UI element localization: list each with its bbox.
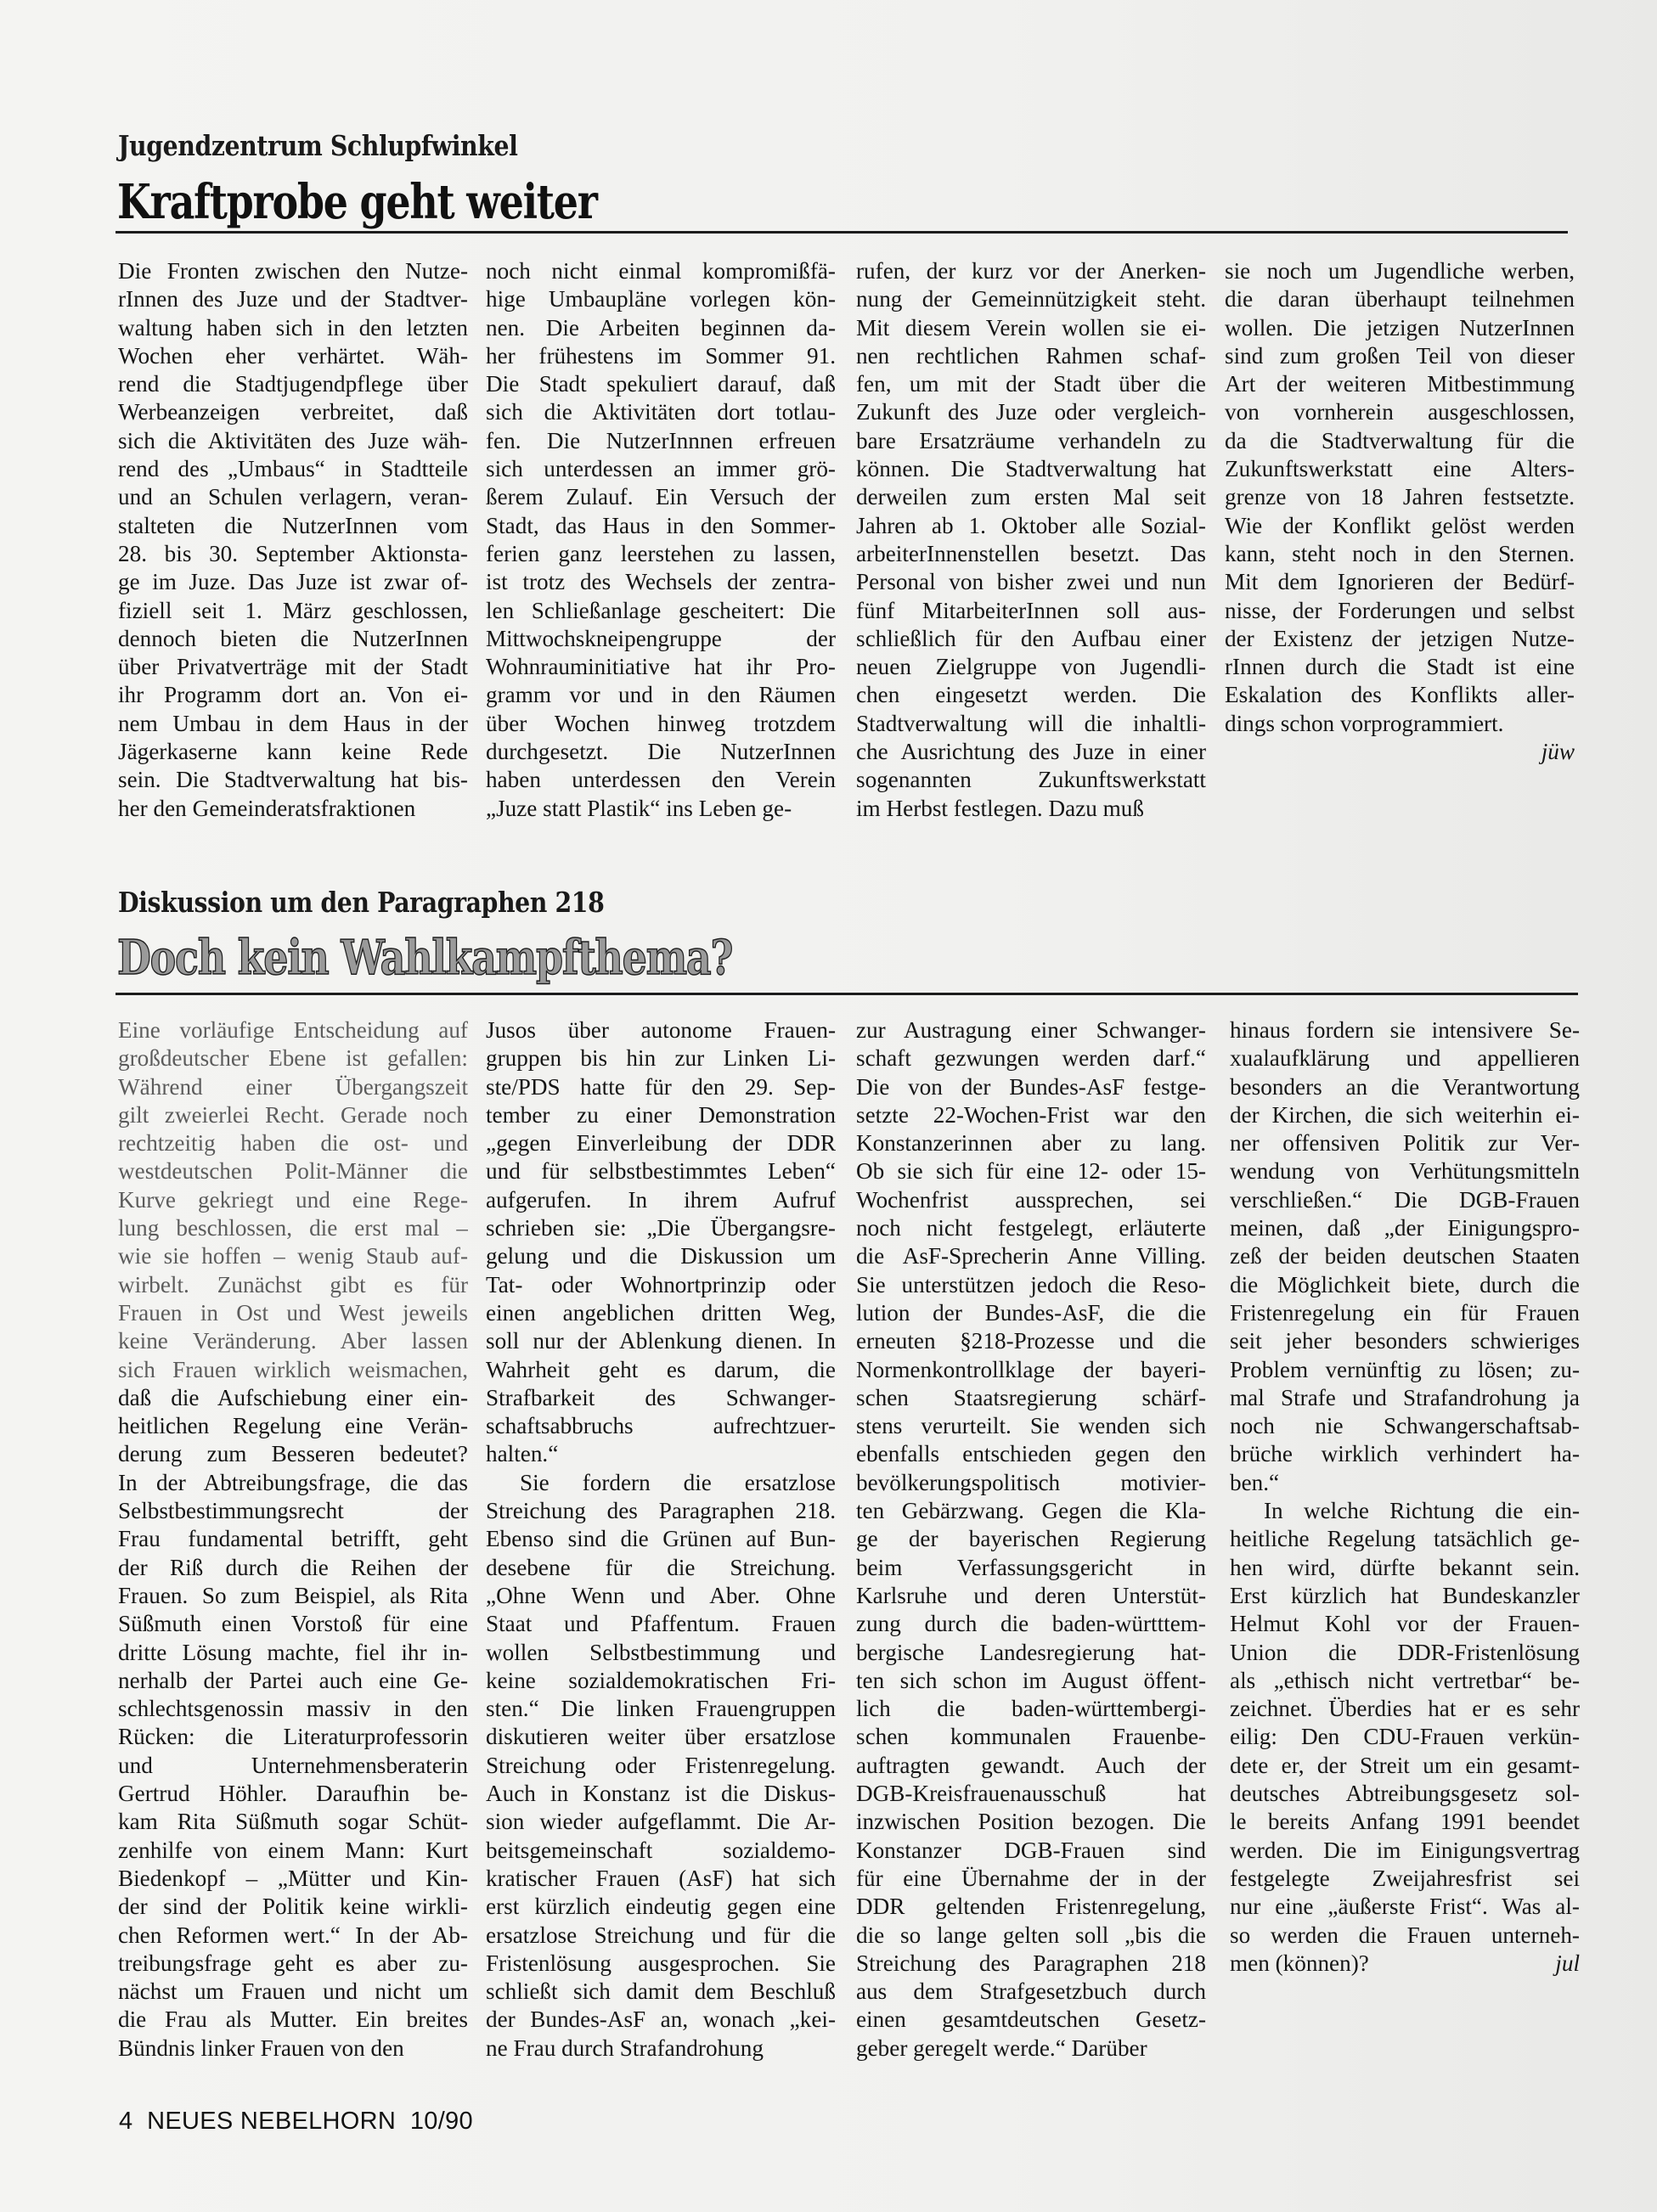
text-line: schen kommunalen Frauenbe- — [856, 1723, 1206, 1751]
text-line: Stadtverwaltung will die inhaltli- — [856, 710, 1206, 738]
text-line: wie sie hoffen – wenig Staub auf- — [118, 1242, 468, 1270]
text-line: wendung von Verhütungsmitteln — [1230, 1157, 1580, 1185]
text-line: ten Gebärzwang. Gegen die Kla- — [856, 1497, 1206, 1525]
text-line: stens verurteilt. Sie wenden sich — [856, 1412, 1206, 1440]
text-line-end: men (können)? — [1230, 1950, 1369, 1978]
text-line: für eine Übernahme der in der — [856, 1865, 1206, 1893]
page-number: 4 — [119, 2108, 132, 2135]
text-line: der Existenz der jetzigen Nutze- — [1225, 625, 1575, 653]
text-line: waltung haben sich in den letzten — [118, 314, 468, 342]
text-line: Ebenso sind die Grünen auf Bun- — [486, 1525, 836, 1553]
text-line: Wohnrauminitiative hat ihr Pro- — [486, 653, 836, 681]
text-line: stalteten die NutzerInnen vom — [118, 512, 468, 540]
text-line: werden. Die im Einigungsvertrag — [1230, 1837, 1580, 1865]
text-line: besonders an die Verantwortung — [1230, 1073, 1580, 1101]
text-line: Sie fordern die ersatzlose — [486, 1469, 836, 1497]
page-footer: 4 NEUES NEBELHORN 10/90 — [119, 2108, 473, 2136]
text-line: westdeutschen Polit-Männer die — [118, 1157, 468, 1185]
text-line: Streichung oder Fristenregelung. — [486, 1752, 836, 1780]
text-line: nerhalb der Partei auch eine Ge- — [118, 1667, 468, 1695]
text-line: schen Staatsregierung schärf- — [856, 1384, 1206, 1412]
text-line: durchgesetzt. Die NutzerInnen — [486, 738, 836, 766]
article1-column-1: Die Fronten zwischen den Nutze-rInnen de… — [118, 257, 468, 823]
text-line: erneuten §218-Prozesse und die — [856, 1327, 1206, 1355]
text-line: chen eingesetzt werden. Die — [856, 681, 1206, 709]
text-line: „Juze statt Plastik“ ins Leben ge- — [486, 795, 836, 823]
text-line: lution der Bundes-AsF, die die — [856, 1299, 1206, 1327]
text-line: zur Austragung einer Schwanger- — [856, 1016, 1206, 1044]
text-line: Normenkontrollklage der bayeri- — [856, 1356, 1206, 1384]
text-line: Frau fundamental betrifft, geht — [118, 1525, 468, 1553]
text-line: Streichung des Paragraphen 218. — [486, 1497, 836, 1525]
text-line: sich Frauen wirklich weismachen, — [118, 1356, 468, 1384]
text-line: Während einer Übergangszeit — [118, 1073, 468, 1101]
text-line: von vornherein ausgeschlossen, — [1225, 398, 1575, 426]
text-line: Art der weiteren Mitbestimmung — [1225, 370, 1575, 398]
text-line: gelung und die Diskussion um — [486, 1242, 836, 1270]
text-line: „Ohne Wenn und Aber. Ohne — [486, 1582, 836, 1610]
text-line: Fristenlösung ausgesprochen. Sie — [486, 1950, 836, 1978]
text-line: Fristenregelung ein für Frauen — [1230, 1299, 1580, 1327]
text-line: 28. bis 30. September Aktionsta- — [118, 540, 468, 568]
text-line: die daran überhaupt teilnehmen — [1225, 285, 1575, 313]
text-line: gruppen bis hin zur Linken Li- — [486, 1044, 836, 1072]
text-line: Die von der Bundes-AsF festge- — [856, 1073, 1206, 1101]
text-line: geber geregelt werde.“ Darüber — [856, 2035, 1206, 2063]
text-line: mal Strafe und Strafandrohung ja — [1230, 1384, 1580, 1412]
text-line: kam Rita Süßmuth sogar Schüt- — [118, 1808, 468, 1836]
text-line: Konstanzer DGB-Frauen sind — [856, 1837, 1206, 1865]
text-line: nung der Gemeinnützigkeit steht. — [856, 285, 1206, 313]
text-line: zung durch die baden-württtem- — [856, 1610, 1206, 1638]
text-line: über Privatverträge mit der Stadt — [118, 653, 468, 681]
text-line: „gegen Einverleibung der DDR — [486, 1129, 836, 1157]
text-line: rechtzeitig haben die ost- und — [118, 1129, 468, 1157]
text-line: können. Die Stadtverwaltung hat — [856, 455, 1206, 483]
text-line: chen Reformen wert.“ In der Ab- — [118, 1922, 468, 1950]
text-line: da die Stadtverwaltung für die — [1225, 427, 1575, 455]
text-line: Selbstbestimmungsrecht der — [118, 1497, 468, 1525]
text-line: her frühestens im Sommer 91. — [486, 342, 836, 370]
text-line: im Herbst festlegen. Dazu muß — [856, 795, 1206, 823]
article1-kicker: Jugendzentrum Schlupfwinkel — [118, 129, 517, 162]
text-line: fen. Die NutzerInnnen erfreuen — [486, 427, 836, 455]
text-line: Bündnis linker Frauen von den — [118, 2035, 468, 2063]
text-line: wollen. Die jetzigen NutzerInnen — [1225, 314, 1575, 342]
text-line: meinen, daß „der Einigungspro- — [1230, 1214, 1580, 1242]
text-line: schaft gezwungen werden darf.“ — [856, 1044, 1206, 1072]
text-line: men (können)?jul — [1230, 1950, 1580, 1978]
article1-signature: jüw — [1225, 738, 1575, 766]
text-line: setzte 22-Wochen-Frist war den — [856, 1101, 1206, 1129]
text-line: ebenfalls entschieden gegen den — [856, 1440, 1206, 1468]
text-line: Problem vernünftig zu lösen; zu- — [1230, 1356, 1580, 1384]
text-line: die Möglichkeit biete, durch die — [1230, 1271, 1580, 1299]
text-line: auftragten gewandt. Auch der — [856, 1752, 1206, 1780]
text-line: Staat und Pfaffentum. Frauen — [486, 1610, 836, 1638]
text-line: zeß der beiden deutschen Staaten — [1230, 1242, 1580, 1270]
text-line: ist trotz des Wechsels der zentra- — [486, 568, 836, 596]
text-line: schaftsabbruchs aufrechtzuer- — [486, 1412, 836, 1440]
text-line: nem Umbau in dem Haus in der — [118, 710, 468, 738]
text-line: rInnen durch die Stadt ist eine — [1225, 653, 1575, 681]
text-line: fünf MitarbeiterInnen soll aus- — [856, 597, 1206, 625]
article1-column-4: sie noch um Jugendliche werben,die daran… — [1225, 257, 1575, 738]
text-line: die AsF-Sprecherin Anne Villing. — [856, 1242, 1206, 1270]
text-line: verschließen.“ Die DGB-Frauen — [1230, 1186, 1580, 1214]
text-line: einen angeblichen dritten Weg, — [486, 1299, 836, 1327]
article1-column-3: rufen, der kurz vor der Anerken-nung der… — [856, 257, 1206, 823]
text-line: so werden die Frauen unterneh- — [1230, 1922, 1580, 1950]
text-line: DGB-Kreisfrauenausschuß hat — [856, 1780, 1206, 1808]
text-line: festgelegte Zweijahresfrist sei — [1230, 1865, 1580, 1893]
text-line: halten.“ — [486, 1440, 836, 1468]
text-line: beitsgemeinschaft sozialdemo- — [486, 1837, 836, 1865]
text-line: inzwischen Position bezogen. Die — [856, 1808, 1206, 1836]
text-line: noch nicht einmal kompromißfä- — [486, 257, 836, 285]
text-line: eilig: Den CDU-Frauen verkün- — [1230, 1723, 1580, 1751]
text-line: Frauen. So zum Beispiel, als Rita — [118, 1582, 468, 1610]
article2-column-2: Jusos über autonome Frauen-gruppen bis h… — [486, 1016, 836, 2063]
text-line: der sind der Politik keine wirkli- — [118, 1893, 468, 1921]
publication-name: NEUES NEBELHORN — [147, 2108, 396, 2135]
text-line: noch nie Schwangerschaftsab- — [1230, 1412, 1580, 1440]
text-line: rufen, der kurz vor der Anerken- — [856, 257, 1206, 285]
text-line: Werbeanzeigen verbreitet, daß — [118, 398, 468, 426]
text-line: großdeutscher Ebene ist gefallen: — [118, 1044, 468, 1072]
article2-kicker: Diskussion um den Paragraphen 218 — [118, 886, 604, 919]
text-line: derung zum Besseren bedeutet? — [118, 1440, 468, 1468]
text-line: Die Fronten zwischen den Nutze- — [118, 257, 468, 285]
text-line: die so lange gelten soll „bis die — [856, 1922, 1206, 1950]
text-line: ge im Juze. Das Juze ist zwar of- — [118, 568, 468, 596]
text-line: sten.“ Die linken Frauengruppen — [486, 1695, 836, 1723]
text-line: Sie unterstützen jedoch die Reso- — [856, 1271, 1206, 1299]
text-line: schlechtsgenossin massiv in den — [118, 1695, 468, 1723]
text-line: diskutieren weiter über ersatzlose — [486, 1723, 836, 1751]
text-line: sion wieder aufgeflammt. Die Ar- — [486, 1808, 836, 1836]
text-line: der Bundes-AsF an, wonach „kei- — [486, 2006, 836, 2034]
text-line: nen rechtlichen Rahmen schaf- — [856, 342, 1206, 370]
text-line: Tat- oder Wohnortprinzip oder — [486, 1271, 836, 1299]
article2-column-3: zur Austragung einer Schwanger-schaft ge… — [856, 1016, 1206, 2063]
text-line: heitlichen Regelung eine Verän- — [118, 1412, 468, 1440]
text-line: Zukunftswerkstatt eine Alters- — [1225, 455, 1575, 483]
text-line: bevölkerungspolitisch motivier- — [856, 1469, 1206, 1497]
text-line: kann, steht noch in den Sternen. — [1225, 540, 1575, 568]
text-line: tember zu einer Demonstration — [486, 1101, 836, 1129]
text-line: fiziell seit 1. März geschlossen, — [118, 597, 468, 625]
text-line: che Ausrichtung des Juze in einer — [856, 738, 1206, 766]
text-line: hige Umbaupläne vorlegen kön- — [486, 285, 836, 313]
article1-headline: Kraftprobe geht weiter — [117, 174, 597, 230]
text-line: In der Abtreibungsfrage, die das — [118, 1469, 468, 1497]
text-line: sogenannten Zukunftswerkstatt — [856, 766, 1206, 794]
text-line: wollen Selbstbestimmung und — [486, 1639, 836, 1667]
text-line: Kurve gekriegt und eine Rege- — [118, 1186, 468, 1214]
text-line: heitliche Regelung tatsächlich ge- — [1230, 1525, 1580, 1553]
text-line: hen wird, dürfte bekannt sein. — [1230, 1554, 1580, 1582]
text-line: derweilen zum ersten Mal seit — [856, 483, 1206, 511]
text-line: Rücken: die Literaturprofessorin — [118, 1723, 468, 1751]
text-line: ner offensiven Politik zur Ver- — [1230, 1129, 1580, 1157]
text-line: rend des „Umbaus“ in Stadtteile — [118, 455, 468, 483]
text-line: rend die Stadtjugendpflege über — [118, 370, 468, 398]
text-line: Ob sie sich für eine 12- oder 15- — [856, 1157, 1206, 1185]
text-line: Karlsruhe und deren Unterstüt- — [856, 1582, 1206, 1610]
text-line: sie noch um Jugendliche werben, — [1225, 257, 1575, 285]
text-line: die Frau als Mutter. Ein breites — [118, 2006, 468, 2034]
text-line: kratischer Frauen (AsF) hat sich — [486, 1865, 836, 1893]
text-line: zenhilfe von einem Mann: Kurt — [118, 1837, 468, 1865]
text-line: Konstanzerinnen aber zu lang. — [856, 1129, 1206, 1157]
text-line: lich die baden-württembergi- — [856, 1695, 1206, 1723]
text-line: Jahren ab 1. Oktober alle Sozial- — [856, 512, 1206, 540]
text-line: lung beschlossen, die erst mal – — [118, 1214, 468, 1242]
text-line: gramm vor und in den Räumen — [486, 681, 836, 709]
text-line: ben.“ — [1230, 1469, 1580, 1497]
text-line: Stadt, das Haus in den Sommer- — [486, 512, 836, 540]
text-line: bare Ersatzräume verhandeln zu — [856, 427, 1206, 455]
text-line: seit jeher besonders schwieriges — [1230, 1327, 1580, 1355]
text-line: gilt zweierlei Recht. Gerade noch — [118, 1101, 468, 1129]
text-line: ßerem Zulauf. Ein Versuch der — [486, 483, 836, 511]
text-line: aus dem Strafgesetzbuch durch — [856, 1978, 1206, 2006]
text-line: treibungsfrage geht es aber zu- — [118, 1950, 468, 1978]
text-line: nur eine „äußerste Frist“. Was al- — [1230, 1893, 1580, 1921]
text-line: xualaufklärung und appellieren — [1230, 1044, 1580, 1072]
text-line: Die Stadt spekuliert darauf, daß — [486, 370, 836, 398]
text-line: dings schon vorprogrammiert. — [1225, 710, 1575, 738]
text-line: Erst kürzlich hat Bundeskanzler — [1230, 1582, 1580, 1610]
article2-signature: jul — [1555, 1950, 1580, 1978]
text-line: Union die DDR-Fristenlösung — [1230, 1639, 1580, 1667]
text-line: und an Schulen verlagern, veran- — [118, 483, 468, 511]
article2-column-4: hinaus fordern sie intensivere Se-xualau… — [1230, 1016, 1580, 1978]
text-line: rInnen des Juze und der Stadtver- — [118, 285, 468, 313]
text-line: keine Veränderung. Aber lassen — [118, 1327, 468, 1355]
text-line: len Schließanlage gescheitert: Die — [486, 597, 836, 625]
text-line: brüche wirklich verhindert ha- — [1230, 1440, 1580, 1468]
text-line: der Kirchen, die sich weiterhin ei- — [1230, 1101, 1580, 1129]
text-line: keine sozialdemokratischen Fri- — [486, 1667, 836, 1695]
text-line: arbeiterInnenstellen besetzt. Das — [856, 540, 1206, 568]
text-line: ferien ganz leerstehen zu lassen, — [486, 540, 836, 568]
text-line: her den Gemeinderatsfraktionen — [118, 795, 468, 823]
text-line: wirbelt. Zunächst gibt es für — [118, 1271, 468, 1299]
text-line: In welche Richtung die ein- — [1230, 1497, 1580, 1525]
text-line: beim Verfassungsgericht in — [856, 1554, 1206, 1582]
text-line: sind zum großen Teil von dieser — [1225, 342, 1575, 370]
text-line: schließt sich damit dem Beschluß — [486, 1978, 836, 2006]
text-line: desebene für die Streichung. — [486, 1554, 836, 1582]
text-line: ne Frau durch Strafandrohung — [486, 2035, 836, 2063]
text-line: Jusos über autonome Frauen- — [486, 1016, 836, 1044]
article1-rule — [116, 231, 1568, 234]
text-line: Mit diesem Verein wollen sie ei- — [856, 314, 1206, 342]
text-line: haben unterdessen den Verein — [486, 766, 836, 794]
text-line: ste/PDS hatte für den 29. Sep- — [486, 1073, 836, 1101]
text-line: Wie der Konflikt gelöst werden — [1225, 512, 1575, 540]
text-line: Biedenkopf – „Mütter und Kin- — [118, 1865, 468, 1893]
text-line: nen. Die Arbeiten beginnen da- — [486, 314, 836, 342]
text-line: grenze von 18 Jahren festsetzte. — [1225, 483, 1575, 511]
text-line: aufgerufen. In ihrem Aufruf — [486, 1186, 836, 1214]
text-line: sich die Aktivitäten dort totlau- — [486, 398, 836, 426]
text-line: daß die Aufschiebung einer ein- — [118, 1384, 468, 1412]
article2-rule — [116, 993, 1578, 995]
text-line: und für selbstbestimmtes Leben“ — [486, 1157, 836, 1185]
text-line: soll nur der Ablenkung dienen. In — [486, 1327, 836, 1355]
text-line: dritte Lösung machte, fiel ihr in- — [118, 1639, 468, 1667]
text-line: schrieben sie: „Die Übergangsre- — [486, 1214, 836, 1242]
text-line: Eskalation des Konflikts aller- — [1225, 681, 1575, 709]
text-line: Gertrud Höhler. Daraufhin be- — [118, 1780, 468, 1808]
text-line: erst kürzlich eindeutig gegen eine — [486, 1893, 836, 1921]
text-line: über Wochen hinweg trotzdem — [486, 710, 836, 738]
article1-column-2: noch nicht einmal kompromißfä-hige Umbau… — [486, 257, 836, 823]
text-line: Jägerkaserne kann keine Rede — [118, 738, 468, 766]
text-line: und Unternehmensberaterin — [118, 1752, 468, 1780]
text-line: sich unterdessen an immer grö- — [486, 455, 836, 483]
text-line: hinaus fordern sie intensivere Se- — [1230, 1016, 1580, 1044]
article2-headline: Doch kein Wahlkampfthema? — [117, 930, 732, 986]
text-line: ten sich schon im August öffent- — [856, 1667, 1206, 1695]
text-line: dennoch bieten die NutzerInnen — [118, 625, 468, 653]
text-line: Strafbarkeit des Schwanger- — [486, 1384, 836, 1412]
text-line: Personal von bisher zwei und nun — [856, 568, 1206, 596]
text-line: noch nicht festgelegt, erläuterte — [856, 1214, 1206, 1242]
text-line: der Riß durch die Reihen der — [118, 1554, 468, 1582]
text-line: Streichung des Paragraphen 218 — [856, 1950, 1206, 1978]
text-line: Wochen eher verhärtet. Wäh- — [118, 342, 468, 370]
text-line: Mittwochskneipengruppe der — [486, 625, 836, 653]
text-line: nächst um Frauen und nicht um — [118, 1978, 468, 2006]
text-line: Wochenfrist aussprechen, sei — [856, 1186, 1206, 1214]
text-line: deutsches Abtreibungsgesetz sol- — [1230, 1780, 1580, 1808]
text-line: fen, um mit der Stadt über die — [856, 370, 1206, 398]
text-line: Mit dem Ignorieren der Bedürf- — [1225, 568, 1575, 596]
text-line: neuen Zielgruppe von Jugendli- — [856, 653, 1206, 681]
text-line: schließlich für den Aufbau einer — [856, 625, 1206, 653]
issue-number: 10/90 — [410, 2108, 473, 2135]
text-line: sein. Die Stadtverwaltung hat bis- — [118, 766, 468, 794]
text-line: ihr Programm dort an. Von ei- — [118, 681, 468, 709]
text-line: Wahrheit geht es darum, die — [486, 1356, 836, 1384]
article2-column-1: Eine vorläufige Entscheidung aufgroßdeut… — [118, 1016, 468, 2063]
text-line: ersatzlose Streichung und für die — [486, 1922, 836, 1950]
text-line: Helmut Kohl vor der Frauen- — [1230, 1610, 1580, 1638]
text-line: le bereits Anfang 1991 beendet — [1230, 1808, 1580, 1836]
text-line: Zukunft des Juze oder vergleich- — [856, 398, 1206, 426]
text-line: DDR geltenden Fristenregelung, — [856, 1893, 1206, 1921]
text-line: ge der bayerischen Regierung — [856, 1525, 1206, 1553]
text-line: als „ethisch nicht vertretbar“ be- — [1230, 1667, 1580, 1695]
text-line: Auch in Konstanz ist die Diskus- — [486, 1780, 836, 1808]
text-line: Süßmuth einen Vorstoß für eine — [118, 1610, 468, 1638]
text-line: bergische Landesregierung hat- — [856, 1639, 1206, 1667]
text-line: Eine vorläufige Entscheidung auf — [118, 1016, 468, 1044]
text-line: zeichnet. Überdies hat er es sehr — [1230, 1695, 1580, 1723]
text-line: einen gesamtdeutschen Gesetz- — [856, 2006, 1206, 2034]
text-line: dete er, der Streit um ein gesamt- — [1230, 1752, 1580, 1780]
text-line: sich die Aktivitäten des Juze wäh- — [118, 427, 468, 455]
text-line: nisse, der Forderungen und selbst — [1225, 597, 1575, 625]
text-line: Frauen in Ost und West jeweils — [118, 1299, 468, 1327]
